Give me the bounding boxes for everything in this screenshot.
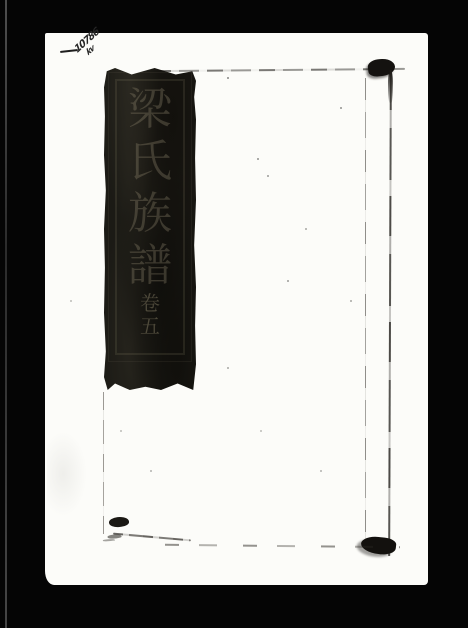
title-character: 氏 xyxy=(128,136,172,188)
title-slip-text: 梁 氏 族 譜 卷 五 xyxy=(104,84,196,338)
paper-specks xyxy=(45,33,47,35)
bottom-left-ink-blob xyxy=(109,516,130,528)
title-character: 族 xyxy=(128,188,172,240)
scanner-edge-artifact xyxy=(5,0,7,628)
scanned-book-cover: 10786 kv 梁 氏 族 譜 卷 五 xyxy=(0,0,468,628)
title-character: 梁 xyxy=(128,84,172,136)
spine-fold-line-thin xyxy=(365,78,366,546)
title-character: 譜 xyxy=(128,240,172,292)
title-slip: 梁 氏 族 譜 卷 五 xyxy=(104,68,196,390)
left-fold-line xyxy=(103,392,104,534)
volume-character: 五 xyxy=(140,315,160,338)
bottom-crease-smudge-dark xyxy=(113,533,191,542)
paper-stain xyxy=(47,431,87,517)
volume-character: 卷 xyxy=(140,292,160,315)
book-cover-page: 10786 kv 梁 氏 族 譜 卷 五 xyxy=(45,33,428,585)
spine-fold-line-dark xyxy=(388,70,392,556)
